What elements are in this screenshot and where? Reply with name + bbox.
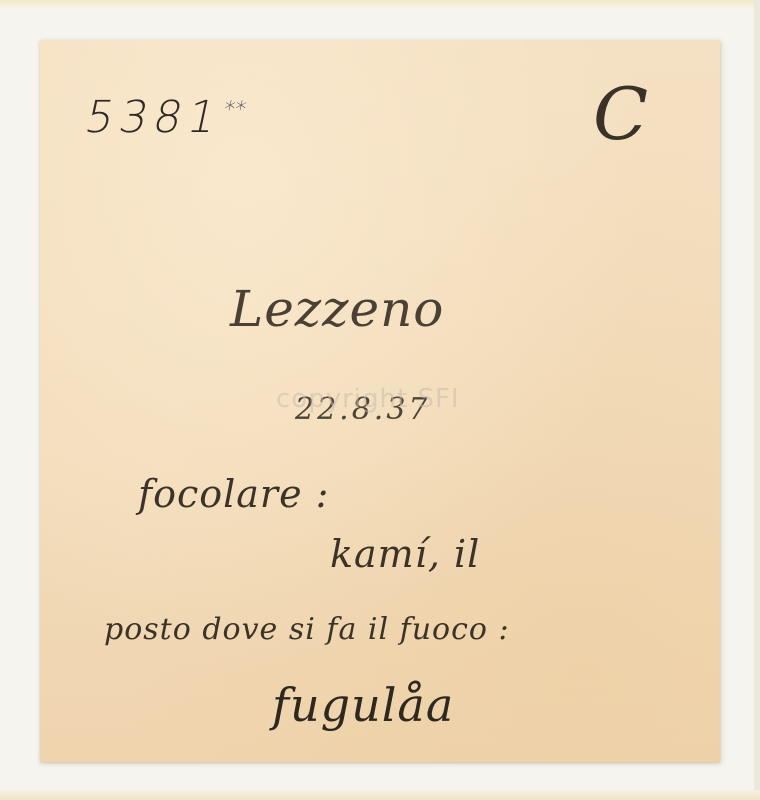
dialect-term: kamí, il: [330, 532, 480, 576]
handwritten-card: 5381** C Lezzeno 22.8.37 copyright SFI f…: [40, 40, 720, 762]
catalog-number: 5381**: [81, 92, 250, 143]
catalog-number-value: 5381: [81, 92, 228, 143]
dialect-answer: fugulåa: [272, 678, 454, 732]
watermark: copyright SFI: [276, 384, 460, 414]
corner-letter: C: [593, 72, 649, 156]
definition: posto dove si fa il fuoco :: [104, 612, 510, 647]
place-name: Lezzeno: [230, 280, 444, 338]
mount-top-edge: [0, 0, 760, 8]
term-italian: focolare :: [138, 472, 329, 516]
mount-right-edge: [754, 0, 760, 800]
catalog-marks: **: [221, 97, 248, 122]
mount-bottom-edge: [0, 790, 760, 800]
